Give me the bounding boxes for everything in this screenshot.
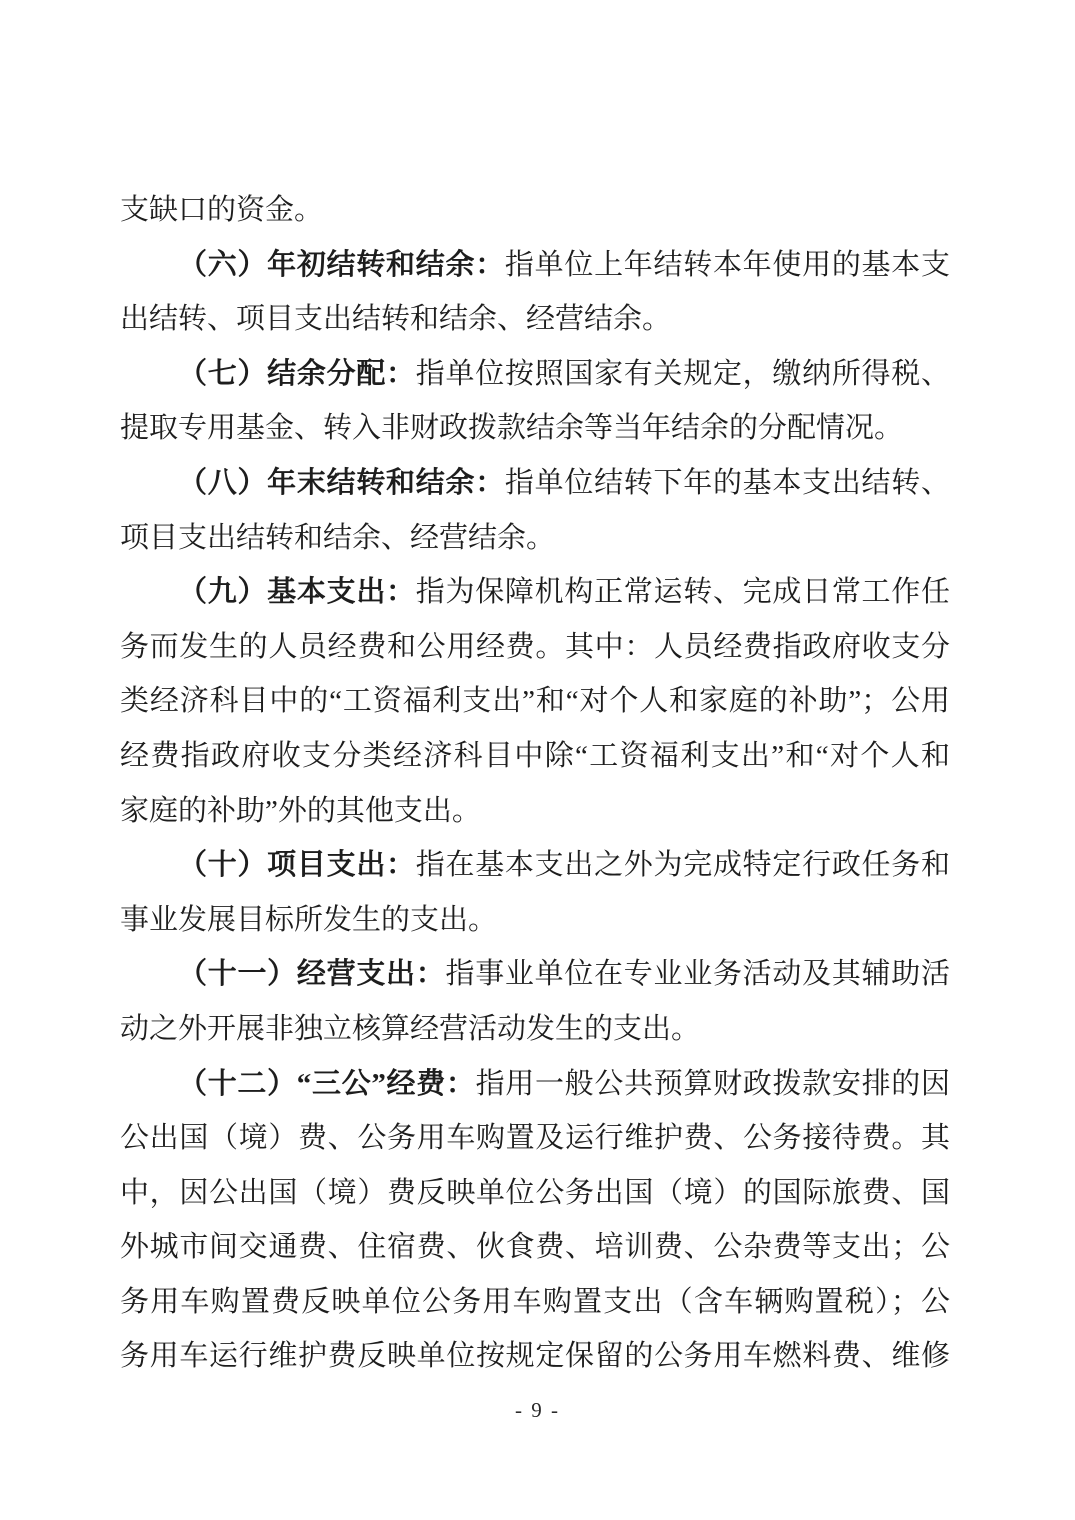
body-text: 外城市间交通费、住宿费、伙食费、培训费、公杂费等支出；公 [120, 1231, 950, 1263]
body-text: 务用车运行维护费反映单位按规定保留的公务用车燃料费、维修 [120, 1340, 950, 1372]
text-line: 公出国（境）费、公务用车购置及运行维护费、公务接待费。其 [120, 1111, 950, 1166]
text-line: 务而发生的人员经费和公用经费。其中：人员经费指政府收支分 [120, 620, 950, 675]
text-line: （十二）“三公”经费：指用一般公共预算财政拨款安排的因 [120, 1057, 950, 1112]
body-text: 出结转、项目支出结转和结余、经营结余。 [120, 303, 671, 335]
document-body: 支缺口的资金。 （六）年初结转和结余：指单位上年结转本年使用的基本支 出结转、项… [120, 183, 950, 1384]
text-line: 提取专用基金、转入非财政拨款结余等当年结余的分配情况。 [120, 401, 950, 456]
section-heading: （九）基本支出： [178, 576, 416, 608]
text-line: （七）结余分配：指单位按照国家有关规定，缴纳所得税、 [120, 347, 950, 402]
text-line: 支缺口的资金。 [120, 183, 950, 238]
text-line: （六）年初结转和结余：指单位上年结转本年使用的基本支 [120, 238, 950, 293]
text-line: （十一）经营支出：指事业单位在专业业务活动及其辅助活 [120, 947, 950, 1002]
text-line: （八）年末结转和结余：指单位结转下年的基本支出结转、 [120, 456, 950, 511]
body-text: 事业发展目标所发生的支出。 [120, 904, 497, 936]
body-text: 指单位结转下年的基本支出结转、 [505, 467, 950, 499]
section-heading: （十）项目支出： [178, 849, 416, 881]
text-line: 务用车购置费反映单位公务用车购置支出（含车辆购置税）；公 [120, 1275, 950, 1330]
section-heading: （十一）经营支出： [178, 958, 445, 990]
body-text: 类经济科目中的“工资福利支出”和“对个人和家庭的补助”；公用 [120, 685, 950, 717]
body-text: 项目支出结转和结余、经营结余。 [120, 522, 555, 554]
section-heading: （八）年末结转和结余： [178, 467, 505, 499]
text-line: 类经济科目中的“工资福利支出”和“对个人和家庭的补助”；公用 [120, 674, 950, 729]
body-text: 公出国（境）费、公务用车购置及运行维护费、公务接待费。其 [120, 1122, 950, 1154]
text-line: 外城市间交通费、住宿费、伙食费、培训费、公杂费等支出；公 [120, 1220, 950, 1275]
body-text: 经费指政府收支分类经济科目中除“工资福利支出”和“对个人和 [120, 740, 950, 772]
text-line: 家庭的补助”外的其他支出。 [120, 784, 950, 839]
body-text: 指用一般公共预算财政拨款安排的因 [476, 1068, 950, 1100]
text-line: 中，因公出国（境）费反映单位公务出国（境）的国际旅费、国 [120, 1166, 950, 1221]
text-line: 动之外开展非独立核算经营活动发生的支出。 [120, 1002, 950, 1057]
section-heading: （十二）“三公”经费： [178, 1068, 476, 1100]
text-line: 务用车运行维护费反映单位按规定保留的公务用车燃料费、维修 [120, 1329, 950, 1384]
text-line: 项目支出结转和结余、经营结余。 [120, 511, 950, 566]
text-line: 出结转、项目支出结转和结余、经营结余。 [120, 292, 950, 347]
body-text: 指单位按照国家有关规定，缴纳所得税、 [416, 358, 950, 390]
document-page: 支缺口的资金。 （六）年初结转和结余：指单位上年结转本年使用的基本支 出结转、项… [0, 0, 1075, 1520]
body-text: 支缺口的资金。 [120, 194, 323, 226]
body-text: 务而发生的人员经费和公用经费。其中：人员经费指政府收支分 [120, 631, 950, 663]
body-text: 动之外开展非独立核算经营活动发生的支出。 [120, 1013, 700, 1045]
body-text: 家庭的补助”外的其他支出。 [120, 795, 481, 827]
section-heading: （七）结余分配： [178, 358, 416, 390]
page-number: - 9 - [0, 1395, 1075, 1425]
body-text: 指事业单位在专业业务活动及其辅助活 [445, 958, 950, 990]
body-text: 指在基本支出之外为完成特定行政任务和 [416, 849, 950, 881]
section-heading: （六）年初结转和结余： [178, 249, 505, 281]
body-text: 提取专用基金、转入非财政拨款结余等当年结余的分配情况。 [120, 412, 903, 444]
body-text: 中，因公出国（境）费反映单位公务出国（境）的国际旅费、国 [120, 1177, 950, 1209]
text-line: （十）项目支出：指在基本支出之外为完成特定行政任务和 [120, 838, 950, 893]
text-line: 事业发展目标所发生的支出。 [120, 893, 950, 948]
body-text: 指单位上年结转本年使用的基本支 [505, 249, 950, 281]
text-line: 经费指政府收支分类经济科目中除“工资福利支出”和“对个人和 [120, 729, 950, 784]
text-line: （九）基本支出：指为保障机构正常运转、完成日常工作任 [120, 565, 950, 620]
body-text: 务用车购置费反映单位公务用车购置支出（含车辆购置税）；公 [120, 1286, 950, 1318]
body-text: 指为保障机构正常运转、完成日常工作任 [416, 576, 950, 608]
